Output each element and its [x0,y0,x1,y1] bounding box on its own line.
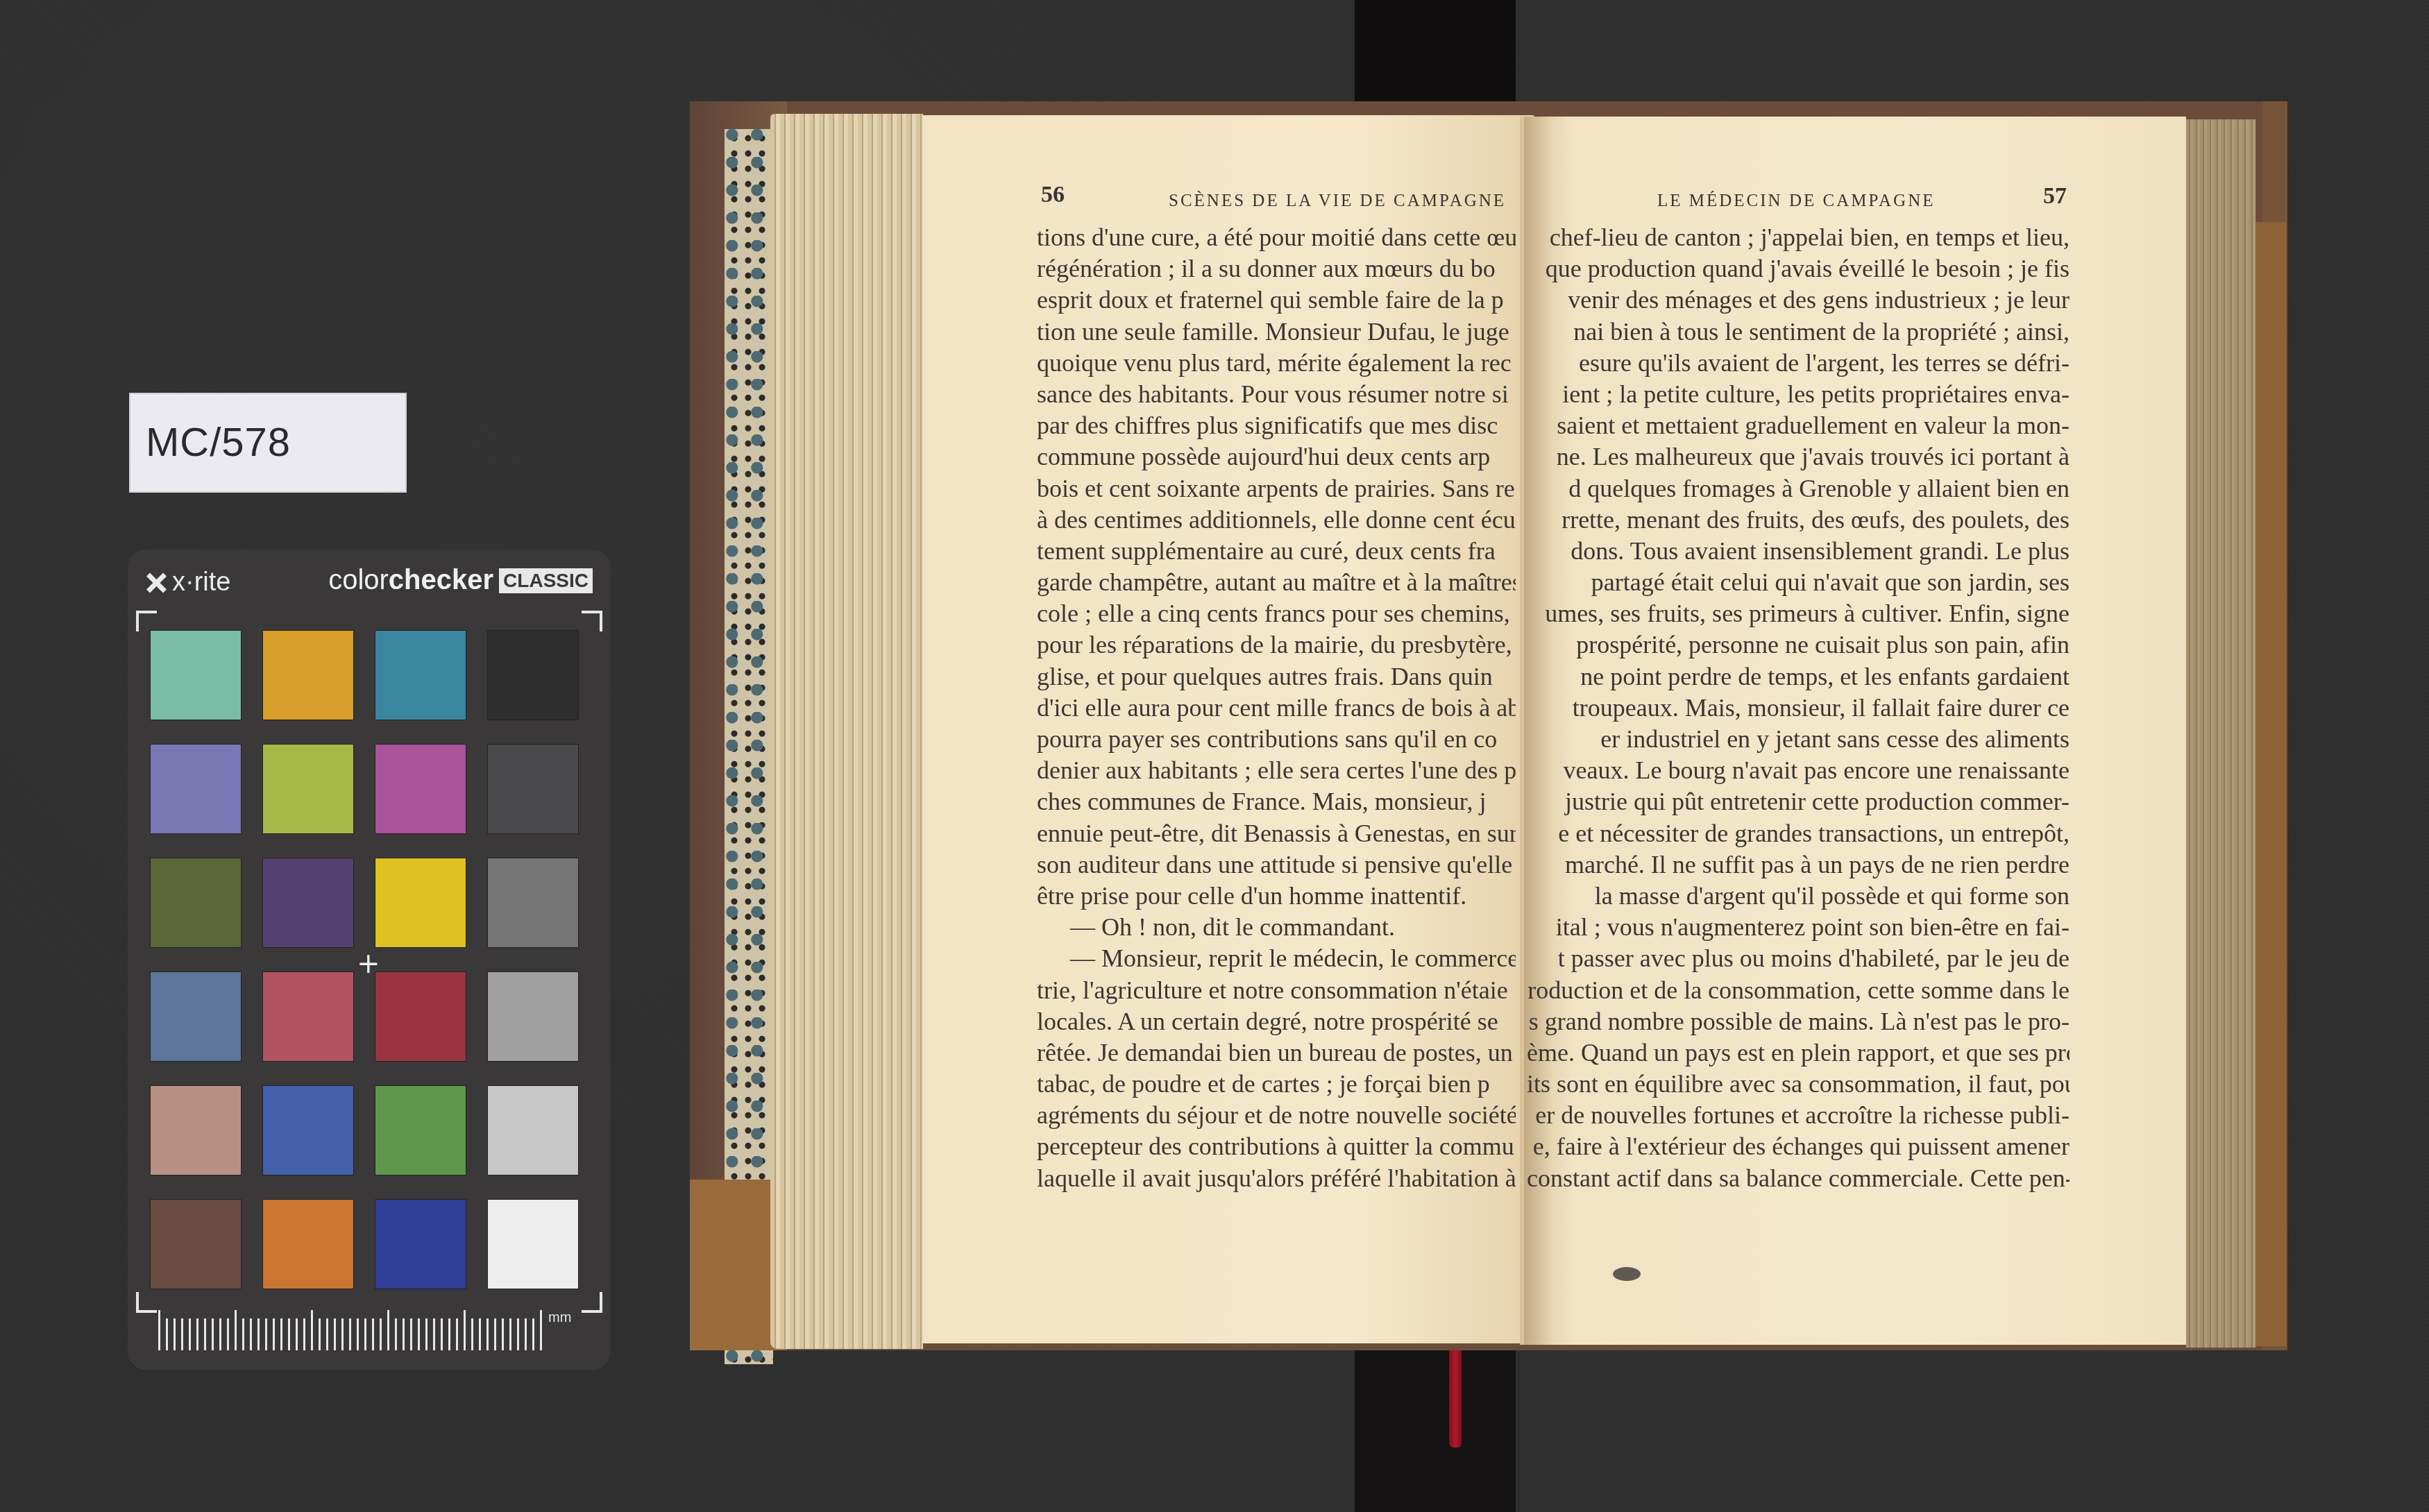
crop-corner-top-right-icon [582,611,602,631]
specimen-label: MC/578 [129,393,407,493]
color-patch [262,971,354,1062]
left-text-line: tions d'une cure, a été pour moitié dans… [1037,222,1516,253]
right-text-line: roduction et de la consommation, cette s… [1527,975,2070,1006]
center-crosshair-icon: + [357,948,380,980]
color-patch [262,630,354,720]
left-text-line: à des centimes additionnels, elle donne … [1037,504,1516,536]
running-head-left: SCÈNES DE LA VIE DE CAMPAGNE [1169,192,1506,211]
color-patch [487,1199,579,1289]
left-text-line: ches communes de France. Mais, monsieur,… [1037,786,1516,817]
color-patch [375,971,466,1062]
right-text-line: rrette, menant des fruits, des œufs, des… [1527,504,2070,536]
right-text-line: prospérité, personne ne cuisait plus son… [1527,629,2070,661]
left-text-line: cole ; elle a cinq cents francs pour ses… [1037,598,1516,629]
mm-ruler [158,1318,547,1350]
ribbon-bookmark [1449,1350,1462,1447]
crop-corner-bottom-left-icon [136,1292,157,1313]
left-text-line: régénération ; il a su donner aux mœurs … [1037,253,1516,284]
left-text-line: percepteur des contributions à quitter l… [1037,1131,1516,1162]
left-text-line: tement supplémentaire au curé, deux cent… [1037,536,1516,567]
color-patch [150,744,242,834]
color-patch [487,630,579,720]
left-text-line: garde champêtre, autant au maître et à l… [1037,567,1516,598]
right-page-text: chef-lieu de canton ; j'appelai bien, en… [1527,222,2070,1194]
right-text-line: er industriel en y jetant sans cesse des… [1527,724,2070,755]
color-patch [150,858,242,948]
right-text-line: ient ; la petite culture, les petits pro… [1527,379,2070,410]
right-text-line: e, faire à l'extérieur des échanges qui … [1527,1131,2070,1162]
right-text-line: ème. Quand un pays est en plein rapport,… [1527,1037,2070,1069]
color-patch [262,744,354,834]
xrite-logo: x·rite [144,568,230,597]
left-text-line: trie, l'agriculture et notre consommatio… [1037,975,1516,1006]
left-text-line: agréments du séjour et de notre nouvelle… [1037,1100,1516,1131]
right-text-line: troupeaux. Mais, monsieur, il fallait fa… [1527,693,2070,724]
color-patch [262,1085,354,1175]
right-text-line: esure qu'ils avaient de l'argent, les te… [1527,348,2070,379]
left-text-line: rêtée. Je demandai bien un bureau de pos… [1037,1037,1516,1069]
left-text-line: pour les réparations de la mairie, du pr… [1037,629,1516,661]
left-text-line: quoique venu plus tard, mérite également… [1037,348,1516,379]
book-cradle-strip-top [1355,0,1516,104]
ink-smudge [1613,1267,1641,1281]
right-text-line: venir des ménages et des gens industrieu… [1527,284,2070,316]
right-text-line: veaux. Le bourg n'avait pas encore une r… [1527,755,2070,786]
right-text-line: t passer avec plus ou moins d'habileté, … [1527,943,2070,974]
colorchecker-title-light: color [328,565,389,596]
right-text-line: ne. Les malheureux que j'avais trouvés i… [1527,441,2070,473]
left-text-line: bois et cent soixante arpents de prairie… [1037,473,1516,504]
specimen-label-text: MC/578 [146,419,291,466]
color-patch [150,1199,242,1289]
left-text-line: être prise pour celle d'un homme inatten… [1037,881,1516,912]
left-text-line: son auditeur dans une attitude si pensiv… [1037,849,1516,881]
left-text-line: glise, et pour quelques autres frais. Da… [1037,661,1516,693]
left-page-block-edges [770,114,923,1349]
left-page-text: tions d'une cure, a été pour moitié dans… [1037,222,1516,1194]
left-text-line: denier aux habitants ; elle sera certes … [1037,755,1516,786]
color-patch [487,1085,579,1175]
xrite-mark-icon [144,571,168,595]
leather-edge-right [2255,222,2286,1346]
right-text-line: e et nécessiter de grandes transactions,… [1527,818,2070,849]
right-text-line: partagé était celui qui n'avait que son … [1527,567,2070,598]
right-text-line: marché. Il ne suffit pas à un pays de ne… [1527,849,2070,881]
color-patch [487,744,579,834]
left-text-line: tabac, de poudre et de cartes ; je força… [1037,1069,1516,1100]
right-text-line: ital ; vous n'augmenterez point son bien… [1527,912,2070,943]
color-patch [375,858,466,948]
color-patch [262,858,354,948]
right-text-line: dons. Tous avaient insensiblement grandi… [1527,536,2070,567]
left-text-line: laquelle il avait jusqu'alors préféré l'… [1037,1163,1516,1194]
crop-corner-top-left-icon [136,611,157,631]
color-patch [375,630,466,720]
page-number-left: 56 [1041,182,1065,208]
xrite-brand-text: x·rite [172,568,230,597]
classic-badge: CLASSIC [499,568,593,593]
marbled-endpaper [725,129,773,1364]
right-text-line: ne point perdre de temps, et les enfants… [1527,661,2070,693]
colorchecker-title-bold: checker [389,565,493,596]
left-text-line: commune possède aujourd'hui deux cents a… [1037,441,1516,473]
left-text-line: locales. A un certain degré, notre prosp… [1037,1006,1516,1037]
color-patch [150,1085,242,1175]
color-patch [262,1199,354,1289]
left-text-line: par des chiffres plus significatifs que … [1037,410,1516,441]
right-text-line: constant actif dans sa balance commercia… [1527,1163,2070,1194]
left-text-line: — Monsieur, reprit le médecin, le commer… [1037,943,1516,974]
right-text-line: chef-lieu de canton ; j'appelai bien, en… [1527,222,2070,253]
color-patch [375,1085,466,1175]
color-patch [375,744,466,834]
right-text-line: justrie qui pût entretenir cette product… [1527,786,2070,817]
right-text-line: nai bien à tous le sentiment de la propr… [1527,316,2070,348]
left-text-line: esprit doux et fraternel qui semble fair… [1037,284,1516,316]
right-text-line: er de nouvelles fortunes et accroître la… [1527,1100,2070,1131]
ruler-unit-label: mm [548,1310,571,1326]
right-text-line: la masse d'argent qu'il possède et qui f… [1527,881,2070,912]
color-patch [487,971,579,1062]
page-number-right: 57 [2043,183,2067,210]
color-patch [150,971,242,1062]
running-head-right: LE MÉDECIN DE CAMPAGNE [1657,192,1936,211]
right-text-line: saient et mettaient graduellement en val… [1527,410,2070,441]
color-checker-card: x·rite color checker CLASSIC + mm [128,550,611,1370]
left-text-line: d'ici elle aura pour cent mille francs d… [1037,693,1516,724]
color-patch [150,630,242,720]
left-text-line: tion une seule famille. Monsieur Dufau, … [1037,316,1516,348]
left-text-line: pourra payer ses contributions sans qu'i… [1037,724,1516,755]
right-text-line: s grand nombre possible de mains. Là n'e… [1527,1006,2070,1037]
colorchecker-title: color checker CLASSIC [328,565,593,596]
color-patch [487,858,579,948]
color-patch [375,1199,466,1289]
right-text-line: que production quand j'avais éveillé le … [1527,253,2070,284]
left-text-line: ennuie peut-être, dit Benassis à Genesta… [1037,818,1516,849]
right-page-block-edges [2186,119,2255,1348]
right-text-line: d quelques fromages à Grenoble y allaien… [1527,473,2070,504]
crop-corner-bottom-right-icon [582,1292,602,1313]
right-text-line: umes, ses fruits, ses primeurs à cultive… [1527,598,2070,629]
left-text-line: — Oh ! non, dit le commandant. [1037,912,1516,943]
left-text-line: sance des habitants. Pour vous résumer n… [1037,379,1516,410]
right-text-line: its sont en équilibre avec sa consommati… [1527,1069,2070,1100]
